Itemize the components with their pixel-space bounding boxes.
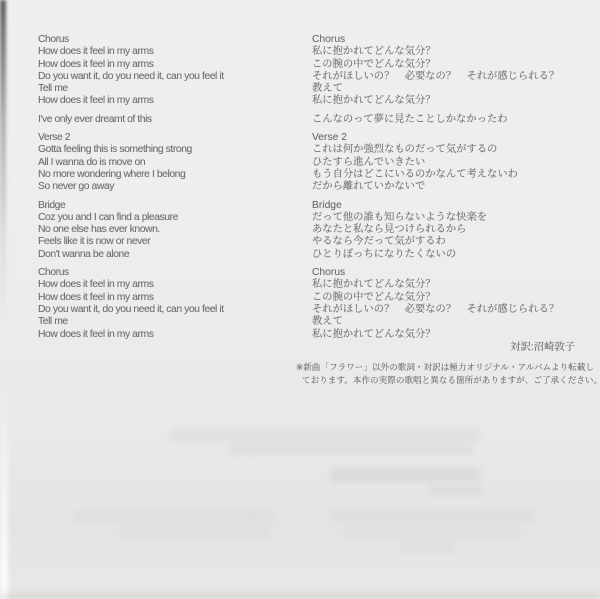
- lyric-line: So never go away: [38, 181, 303, 193]
- stanza-label: Bridge: [312, 200, 584, 212]
- scan-edge-shadow-left: [0, 0, 6, 330]
- bleed-through-text: [74, 511, 274, 522]
- booklet-page: ChorusHow does it feel in my armsHow doe…: [0, 0, 600, 599]
- bleed-through-text: [170, 429, 480, 441]
- lyric-line: Do you want it, do you need it, can you …: [38, 304, 303, 316]
- lyric-line: I've only ever dreamt of this: [38, 114, 303, 126]
- stanza: こんなのって夢に見たことしかなかったわ: [312, 114, 584, 126]
- lyric-line: All I wanna do is move on: [38, 157, 303, 169]
- bleed-through-text: [428, 486, 484, 495]
- lyric-line: Feels like it is now or never: [38, 236, 303, 248]
- lyric-line: 私に抱かれてどんな気分？: [312, 279, 584, 291]
- lyrics-column-japanese: Chorus私に抱かれてどんな気分？この腕の中でどんな気分？それがほしいの？ 必…: [312, 34, 584, 347]
- lyric-line: Tell me: [38, 316, 303, 328]
- stanza: Bridgeだって他の誰も知らないような快楽をあなたと私なら見つけられるからやる…: [312, 200, 584, 261]
- lyric-line: 私に抱かれてどんな気分？: [312, 95, 584, 107]
- stanza-label: Bridge: [38, 200, 303, 212]
- lyric-line: No one else has ever known.: [38, 224, 303, 236]
- lyric-line: 教えて: [312, 316, 584, 328]
- lyric-line: こんなのって夢に見たことしかなかったわ: [312, 114, 584, 126]
- lyric-line: Do you want it, do you need it, can you …: [38, 71, 303, 83]
- translator-credit: 対訳:沼崎敦子: [312, 338, 575, 353]
- lyric-line: ひとりぼっちになりたくないの: [312, 249, 584, 261]
- lyric-line: Don't wanna be alone: [38, 249, 303, 261]
- scan-edge-highlight-left: [0, 379, 8, 599]
- lyric-line: やるなら今だって気がするわ: [312, 236, 584, 248]
- stanza: ChorusHow does it feel in my armsHow doe…: [38, 34, 303, 108]
- lyric-line: How does it feel in my arms: [38, 329, 303, 341]
- bleed-through-text: [228, 444, 473, 455]
- lyric-line: それがほしいの？ 必要なの？ それが感じられる？: [312, 71, 584, 83]
- lyric-line: あなたと私なら見つけられるから: [312, 224, 584, 236]
- stanza: Verse 2Gotta feeling this is something s…: [38, 132, 303, 193]
- bleed-through-text: [120, 527, 270, 539]
- lyric-line: だから離れていかないで: [312, 181, 584, 193]
- lyric-line: この腕の中でどんな気分？: [312, 59, 584, 71]
- stanza: ChorusHow does it feel in my armsHow doe…: [38, 267, 303, 341]
- lyric-line: How does it feel in my arms: [38, 59, 303, 71]
- stanza-label: Chorus: [38, 267, 303, 279]
- lyric-line: 教えて: [312, 83, 584, 95]
- stanza: BridgeCoz you and I can find a pleasureN…: [38, 200, 303, 261]
- bleed-through-text: [345, 527, 520, 539]
- lyric-line: Gotta feeling this is something strong: [38, 144, 303, 156]
- stanza-label: Verse 2: [312, 132, 584, 144]
- footnote-line: ております。本作の実際の歌唱と異なる箇所がありますが、ご了承ください。: [296, 374, 588, 387]
- scan-edge-shadow-bottom: [0, 589, 600, 599]
- lyric-line: もう自分はどこにいるのかなんて考えないわ: [312, 169, 584, 181]
- footnote: ※新曲「フラワー」以外の歌詞・対訳は極力オリジナル・アルバムより転載し ておりま…: [296, 361, 588, 387]
- lyric-line: Tell me: [38, 83, 303, 95]
- stanza: I've only ever dreamt of this: [38, 114, 303, 126]
- lyric-line: だって他の誰も知らないような快楽を: [312, 212, 584, 224]
- stanza-label: Chorus: [312, 267, 584, 279]
- stanza-label: Chorus: [312, 34, 584, 46]
- bleed-through-text: [330, 468, 480, 482]
- stanza: Chorus私に抱かれてどんな気分？この腕の中でどんな気分？それがほしいの？ 必…: [312, 267, 584, 341]
- lyrics-column-english: ChorusHow does it feel in my armsHow doe…: [38, 34, 303, 347]
- stanza: Verse 2これは何か強烈なものだって気がするのひたすら進んでいきたいもう自分…: [312, 132, 584, 193]
- lyric-line: これは何か強烈なものだって気がするの: [312, 144, 584, 156]
- bleed-through-text: [330, 509, 535, 521]
- lyric-line: それがほしいの？ 必要なの？ それが感じられる？: [312, 304, 584, 316]
- lyric-line: How does it feel in my arms: [38, 46, 303, 58]
- stanza-label: Chorus: [38, 34, 303, 46]
- lyric-line: How does it feel in my arms: [38, 95, 303, 107]
- lyric-line: 私に抱かれてどんな気分？: [312, 46, 584, 58]
- lyric-line: Coz you and I can find a pleasure: [38, 212, 303, 224]
- lyric-line: この腕の中でどんな気分？: [312, 292, 584, 304]
- footnote-line: ※新曲「フラワー」以外の歌詞・対訳は極力オリジナル・アルバムより転載し: [296, 361, 588, 374]
- stanza: Chorus私に抱かれてどんな気分？この腕の中でどんな気分？それがほしいの？ 必…: [312, 34, 584, 108]
- stanza-label: Verse 2: [38, 132, 303, 144]
- lyric-line: No more wondering where I belong: [38, 169, 303, 181]
- lyric-line: How does it feel in my arms: [38, 292, 303, 304]
- bleed-through-text: [400, 543, 455, 553]
- lyric-line: ひたすら進んでいきたい: [312, 157, 584, 169]
- lyric-line: How does it feel in my arms: [38, 279, 303, 291]
